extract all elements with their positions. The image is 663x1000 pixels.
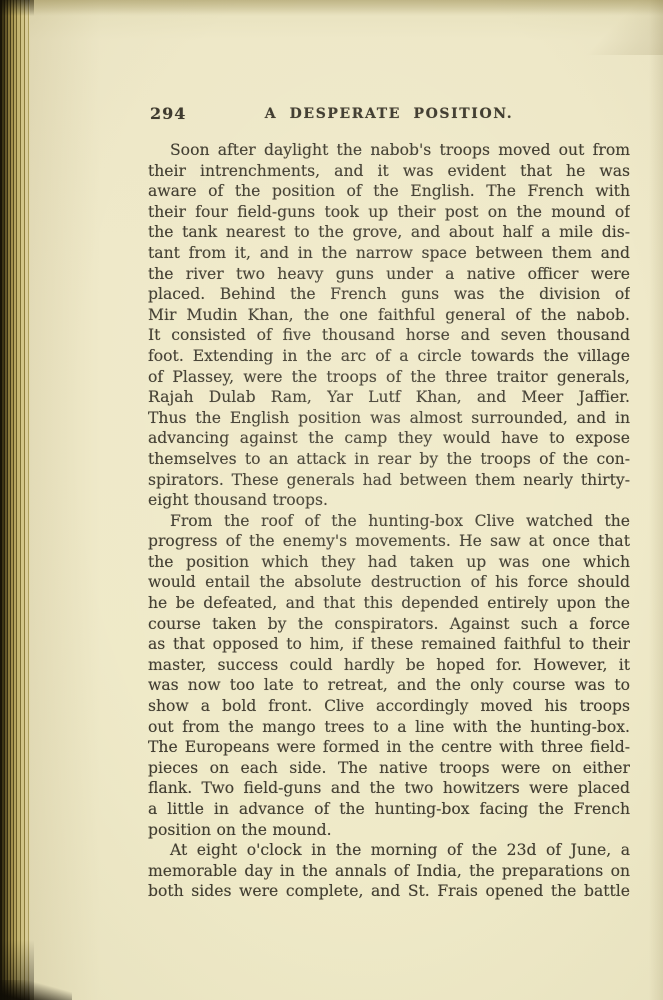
text-line: their intrenchments, and it was evident … <box>148 161 630 182</box>
text-line: would entail the absolute destruction of… <box>148 572 630 593</box>
text-line: master, success could hardly be hoped fo… <box>148 655 630 676</box>
page-top-right-fold <box>543 0 663 55</box>
text-line: show a bold front. Clive accordingly mov… <box>148 696 630 717</box>
text-line: It consisted of five thousand horse and … <box>148 325 630 346</box>
book-binding-edge <box>0 0 30 1000</box>
text-line: of Plassey, were the troops of the three… <box>148 367 630 388</box>
text-block: Soon after daylight the nabob's troops m… <box>148 140 630 902</box>
text-line: memorable day in the annals of India, th… <box>148 861 630 882</box>
text-line: as that opposed to him, if these remaine… <box>148 634 630 655</box>
text-line: the position which they had taken up was… <box>148 552 630 573</box>
text-line: the tank nearest to the grove, and about… <box>148 222 630 243</box>
binding-shadow-top <box>0 0 34 16</box>
text-line: he be defeated, and that this depended e… <box>148 593 630 614</box>
text-line: From the roof of the hunting-box Clive w… <box>148 511 630 532</box>
text-line: eight thousand troops. <box>148 490 630 511</box>
text-line: Rajah Dulab Ram, Yar Lutf Khan, and Meer… <box>148 387 630 408</box>
page-gutter-shading <box>30 0 100 1000</box>
text-line: out from the mango trees to a line with … <box>148 717 630 738</box>
text-line: Soon after daylight the nabob's troops m… <box>148 140 630 161</box>
text-line: was now too late to retreat, and the onl… <box>148 675 630 696</box>
page-header: 294 A DESPERATE POSITION. <box>148 104 630 126</box>
text-line: pieces on each side. The native troops w… <box>148 758 630 779</box>
text-line: flank. Two field-guns and the two howitz… <box>148 778 630 799</box>
text-line: placed. Behind the French guns was the d… <box>148 284 630 305</box>
text-line: Thus the English position was almost sur… <box>148 408 630 429</box>
text-line: course taken by the conspirators. Agains… <box>148 614 630 635</box>
scanned-book-page: 294 A DESPERATE POSITION. Soon after day… <box>0 0 663 1000</box>
text-line: both sides were complete, and St. Frais … <box>148 881 630 902</box>
text-line: foot. Extending in the arc of a circle t… <box>148 346 630 367</box>
running-title: A DESPERATE POSITION. <box>148 106 630 122</box>
page-right-edge-shading <box>649 0 663 1000</box>
text-line: tant from it, and in the narrow space be… <box>148 243 630 264</box>
text-line: position on the mound. <box>148 820 630 841</box>
text-line: aware of the position of the English. Th… <box>148 181 630 202</box>
text-line: their four field-guns took up their post… <box>148 202 630 223</box>
text-line: The Europeans were formed in the centre … <box>148 737 630 758</box>
text-line: At eight o'clock in the morning of the 2… <box>148 840 630 861</box>
text-line: advancing against the camp they would ha… <box>148 428 630 449</box>
text-line: Mir Mudin Khan, the one faithful general… <box>148 305 630 326</box>
text-line: a little in advance of the hunting-box f… <box>148 799 630 820</box>
text-line: spirators. These generals had between th… <box>148 470 630 491</box>
text-line: themselves to an attack in rear by the t… <box>148 449 630 470</box>
text-line: the river two heavy guns under a native … <box>148 264 630 285</box>
text-line: progress of the enemy's movements. He sa… <box>148 531 630 552</box>
